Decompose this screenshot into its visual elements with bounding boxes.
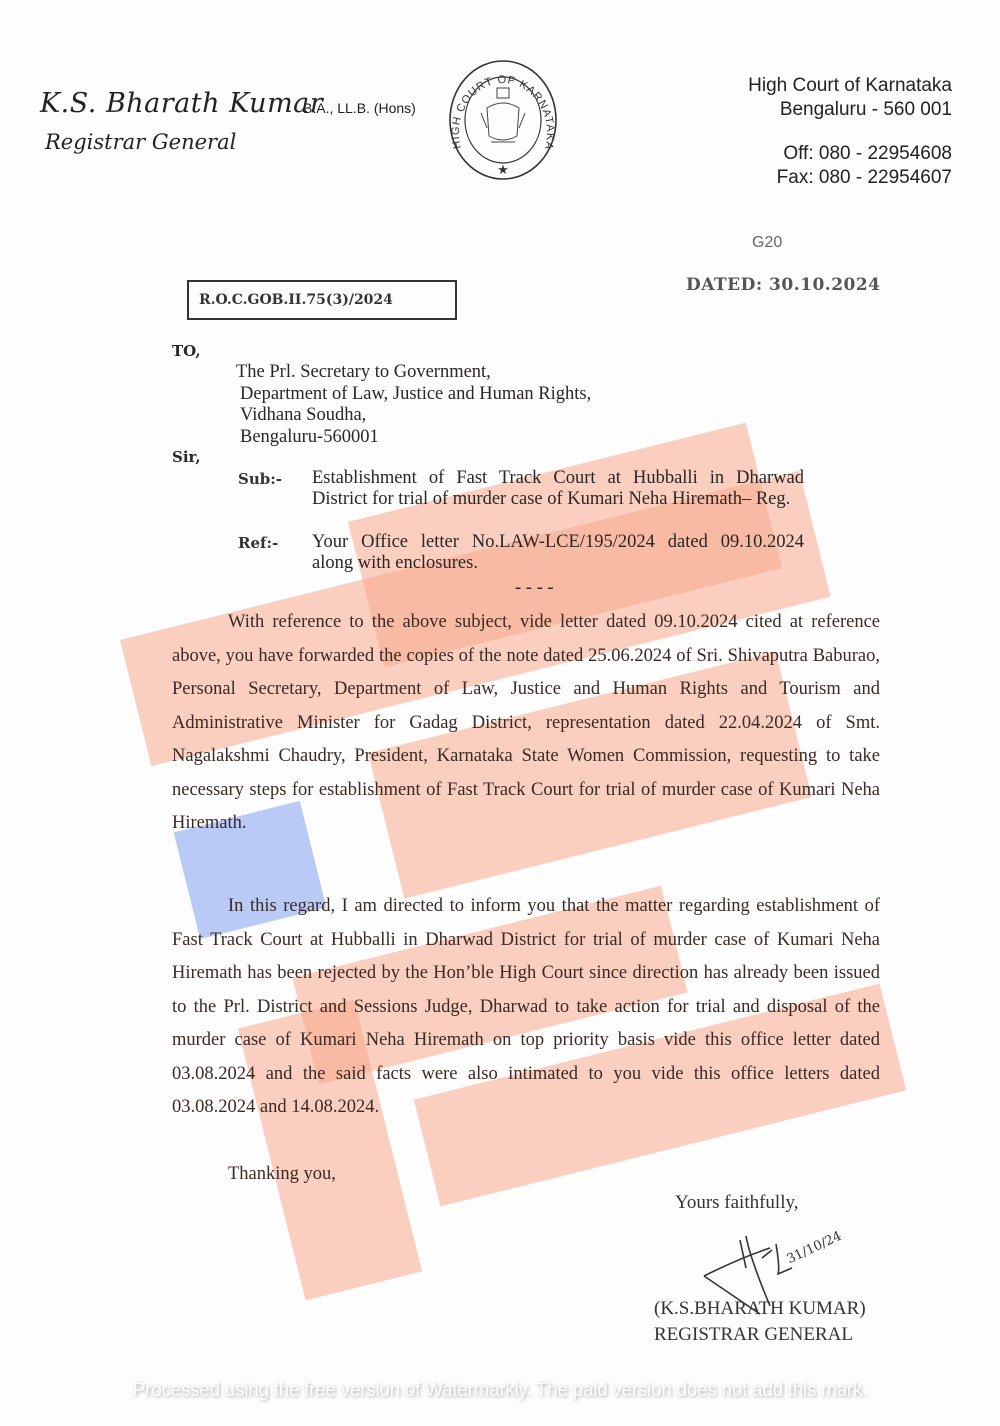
body-paragraph-2: In this regard, I am directed to inform … (172, 890, 880, 1125)
subject-label: Sub:- (238, 470, 282, 488)
signatory-name: (K.S.BHARATH KUMAR) (654, 1296, 866, 1322)
signatory: (K.S.BHARATH KUMAR) REGISTRAR GENERAL (654, 1296, 866, 1348)
valediction: Yours faithfully, (675, 1192, 799, 1214)
to-label: TO, (172, 342, 201, 360)
watermark-text: Processed using the free version of Wate… (0, 1380, 1000, 1402)
letter-date: DATED: 30.10.2024 (686, 275, 881, 295)
svg-text:31/10/24: 31/10/24 (785, 1229, 844, 1267)
reference-text: Your Office letter No.LAW-LCE/195/2024 d… (312, 532, 804, 574)
office-contact: Off: 080 - 22954608 Fax: 080 - 22954607 (777, 142, 952, 190)
letterhead-designation: Registrar General (45, 130, 236, 154)
office-name: High Court of Karnataka (748, 74, 952, 98)
office-city: Bengaluru - 560 001 (748, 98, 952, 122)
signatory-designation: REGISTRAR GENERAL (654, 1322, 866, 1348)
office-address: High Court of Karnataka Bengaluru - 560 … (748, 74, 952, 122)
svg-text:★: ★ (497, 163, 509, 178)
salutation: Sir, (172, 448, 201, 466)
recipient-line: Bengaluru-560001 (236, 427, 591, 449)
recipient-line: Department of Law, Justice and Human Rig… (236, 384, 591, 406)
recipient-line: The Prl. Secretary to Government, (236, 362, 591, 384)
reference-number-box: R.O.C.GOB.II.75(3)/2024 (187, 280, 457, 320)
subject-text: Establishment of Fast Track Court at Hub… (312, 468, 804, 510)
letterhead-name: K.S. Bharath Kumar (40, 88, 323, 119)
closing-line: Thanking you, (228, 1158, 528, 1192)
office-fax: Fax: 080 - 22954607 (777, 166, 952, 190)
letterhead-qualifications: B.A., LL.B. (Hons) (303, 100, 416, 116)
recipient-line: Vidhana Soudha, (236, 405, 591, 427)
office-phone: Off: 080 - 22954608 (777, 142, 952, 166)
separator: - - - - (515, 578, 554, 599)
reference-number: R.O.C.GOB.II.75(3)/2024 (199, 292, 393, 308)
reference-label: Ref:- (238, 534, 278, 552)
body-paragraph-1: With reference to the above subject, vid… (172, 606, 880, 841)
recipient-address: The Prl. Secretary to Government, Depart… (236, 362, 591, 448)
court-seal-icon: HIGH COURT OF KARNATAKA ★ (447, 58, 559, 184)
g20-logo-icon: G20 (752, 234, 782, 252)
